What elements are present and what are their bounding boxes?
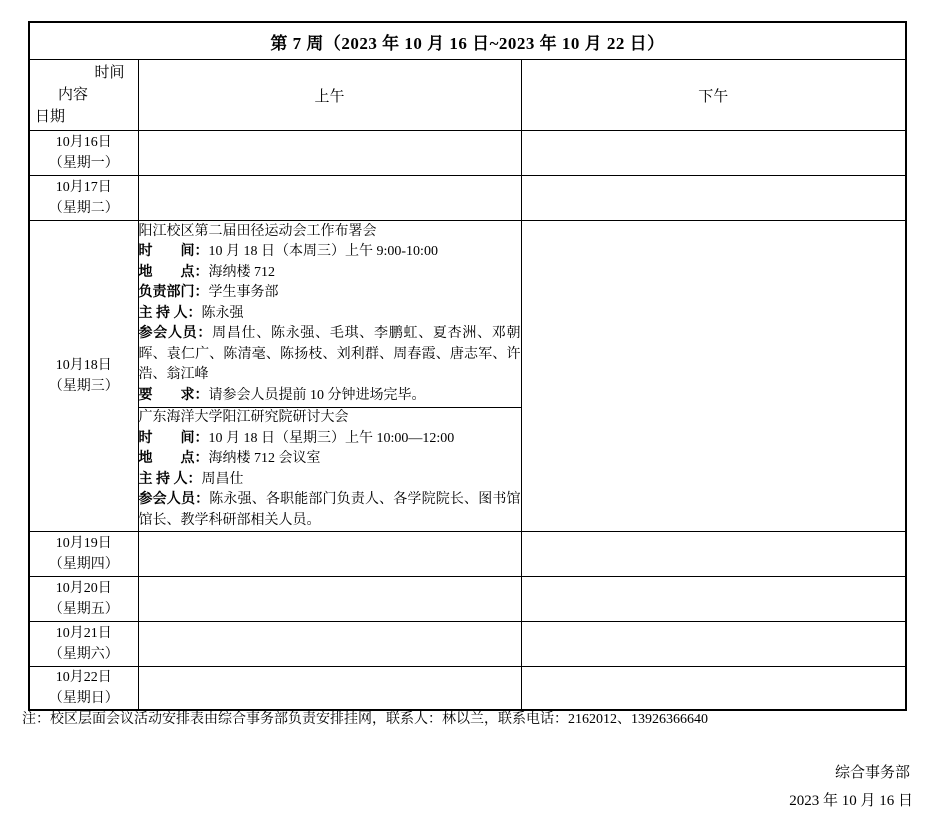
table-title: 第 7 周（2023 年 10 月 16 日~2023 年 10 月 22 日） <box>29 22 906 60</box>
table-row: 10月19日 （星期四） <box>29 532 906 577</box>
meeting-field-department: 负责部门：学生事务部 <box>139 283 521 304</box>
field-label: 负责部门： <box>139 285 209 300</box>
corner-label-content: 内容 <box>30 84 138 106</box>
field-label: 地 点： <box>139 451 209 466</box>
day-week: （星期五） <box>30 599 138 620</box>
field-value: 陈永强 <box>202 306 244 321</box>
field-label: 地 点： <box>139 265 209 280</box>
morning-cell-10-17 <box>138 176 521 221</box>
document-page: 第 7 周（2023 年 10 月 16 日~2023 年 10 月 22 日）… <box>0 0 931 819</box>
signature-department: 综合事务部 <box>835 761 910 782</box>
header-row: 时间 内容 日期 上午 下午 <box>29 60 906 131</box>
field-label: 时 间： <box>139 431 209 446</box>
meeting-field-time: 时 间：10 月 18 日（本周三）上午 9:00-10:00 <box>139 242 521 263</box>
day-week: （星期二） <box>30 198 138 219</box>
footnote: 注：校区层面会议活动安排表由综合事务部负责安排挂网，联系人：林以兰，联系电话：2… <box>22 708 708 728</box>
meeting-field-host: 主 持 人：周昌仕 <box>139 470 521 491</box>
afternoon-cell-10-16 <box>521 131 906 176</box>
meeting-field-requirement: 要 求：请参会人员提前 10 分钟进场完毕。 <box>139 386 521 407</box>
day-date: 10月17日 <box>30 177 138 198</box>
meeting-cell-research-symposium: 广东海洋大学阳江研究院研讨大会 时 间：10 月 18 日（星期三）上午 10:… <box>138 408 521 532</box>
table-row: 10月18日 （星期三） 阳江校区第二届田径运动会工作布署会 时 间：10 月 … <box>29 221 906 408</box>
afternoon-cell-10-19 <box>521 532 906 577</box>
afternoon-cell-10-18 <box>521 221 906 532</box>
day-date: 10月18日 <box>30 355 138 376</box>
corner-label-time: 时间 <box>30 62 138 84</box>
morning-cell-10-22 <box>138 667 521 711</box>
meeting-title: 广东海洋大学阳江研究院研讨大会 <box>139 408 521 429</box>
day-cell-10-22: 10月22日 （星期日） <box>29 667 138 711</box>
day-week: （星期三） <box>30 376 138 397</box>
field-value: 请参会人员提前 10 分钟进场完毕。 <box>209 388 426 403</box>
meeting-field-participants: 参会人员：陈永强、各职能部门负责人、各学院院长、图书馆馆长、教学科研部相关人员。 <box>139 490 521 531</box>
meeting-field-place: 地 点：海纳楼 712 会议室 <box>139 449 521 470</box>
field-value: 海纳楼 712 会议室 <box>209 451 321 466</box>
afternoon-cell-10-22 <box>521 667 906 711</box>
schedule-table: 第 7 周（2023 年 10 月 16 日~2023 年 10 月 22 日）… <box>28 21 907 711</box>
table-row: 10月17日 （星期二） <box>29 176 906 221</box>
morning-cell-10-20 <box>138 577 521 622</box>
signature-date: 2023 年 10 月 16 日 <box>789 789 913 810</box>
day-cell-10-17: 10月17日 （星期二） <box>29 176 138 221</box>
day-date: 10月16日 <box>30 132 138 153</box>
field-label: 时 间： <box>139 244 209 259</box>
table-row: 10月22日 （星期日） <box>29 667 906 711</box>
meeting-cell-sports-briefing: 阳江校区第二届田径运动会工作布署会 时 间：10 月 18 日（本周三）上午 9… <box>138 221 521 408</box>
afternoon-cell-10-21 <box>521 622 906 667</box>
day-week: （星期六） <box>30 644 138 665</box>
day-week: （星期日） <box>30 688 138 709</box>
day-cell-10-18: 10月18日 （星期三） <box>29 221 138 532</box>
day-week: （星期一） <box>30 153 138 174</box>
day-date: 10月22日 <box>30 667 138 688</box>
morning-cell-10-19 <box>138 532 521 577</box>
meeting-field-time: 时 间：10 月 18 日（星期三）上午 10:00—12:00 <box>139 429 521 450</box>
column-header-afternoon: 下午 <box>521 60 906 131</box>
morning-cell-10-21 <box>138 622 521 667</box>
field-label: 主 持 人： <box>139 306 202 321</box>
table-row: 10月21日 （星期六） <box>29 622 906 667</box>
column-header-morning: 上午 <box>138 60 521 131</box>
field-value: 海纳楼 712 <box>209 265 276 280</box>
day-week: （星期四） <box>30 554 138 575</box>
day-cell-10-19: 10月19日 （星期四） <box>29 532 138 577</box>
day-date: 10月21日 <box>30 623 138 644</box>
day-date: 10月19日 <box>30 533 138 554</box>
meeting-title: 阳江校区第二届田径运动会工作布署会 <box>139 222 521 243</box>
afternoon-cell-10-20 <box>521 577 906 622</box>
field-label: 参会人员： <box>139 492 210 507</box>
header-corner-cell: 时间 内容 日期 <box>29 60 138 131</box>
field-label: 主 持 人： <box>139 472 202 487</box>
field-value: 周昌仕 <box>202 472 244 487</box>
field-label: 要 求： <box>139 388 209 403</box>
title-row: 第 7 周（2023 年 10 月 16 日~2023 年 10 月 22 日） <box>29 22 906 60</box>
afternoon-cell-10-17 <box>521 176 906 221</box>
field-value: 10 月 18 日（星期三）上午 10:00—12:00 <box>209 431 455 446</box>
day-cell-10-20: 10月20日 （星期五） <box>29 577 138 622</box>
meeting-field-host: 主 持 人：陈永强 <box>139 304 521 325</box>
day-date: 10月20日 <box>30 578 138 599</box>
field-value: 学生事务部 <box>209 285 279 300</box>
day-cell-10-21: 10月21日 （星期六） <box>29 622 138 667</box>
meeting-field-place: 地 点：海纳楼 712 <box>139 263 521 284</box>
corner-label-date: 日期 <box>30 106 138 128</box>
table-row: 10月20日 （星期五） <box>29 577 906 622</box>
day-cell-10-16: 10月16日 （星期一） <box>29 131 138 176</box>
field-value: 10 月 18 日（本周三）上午 9:00-10:00 <box>209 244 438 259</box>
field-label: 参会人员： <box>139 326 213 341</box>
morning-cell-10-16 <box>138 131 521 176</box>
meeting-field-participants: 参会人员：周昌仕、陈永强、毛琪、李鹏虹、夏杏洲、邓朝晖、袁仁广、陈清毫、陈扬枝、… <box>139 324 521 386</box>
table-row: 10月16日 （星期一） <box>29 131 906 176</box>
